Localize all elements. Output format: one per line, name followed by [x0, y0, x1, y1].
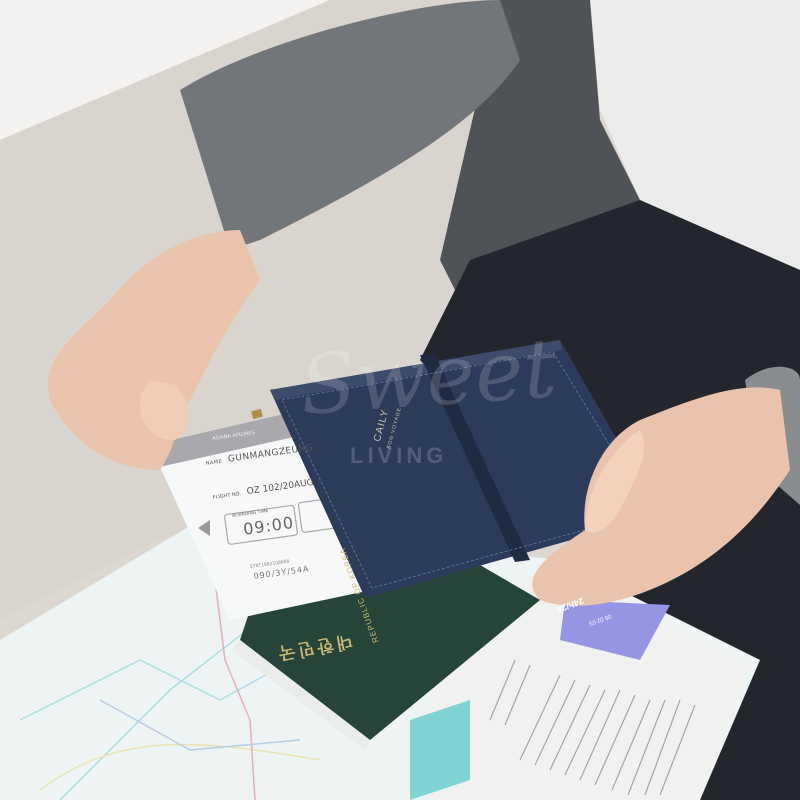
name-label: NAME: [205, 459, 222, 467]
photo-scene: ASIANA AIRLINES NAMEGUNMANGZEUNG FLIGHT …: [0, 0, 800, 800]
watermark-subtitle: LIVING: [350, 443, 447, 469]
watermark-logo: Sweet: [297, 321, 559, 434]
